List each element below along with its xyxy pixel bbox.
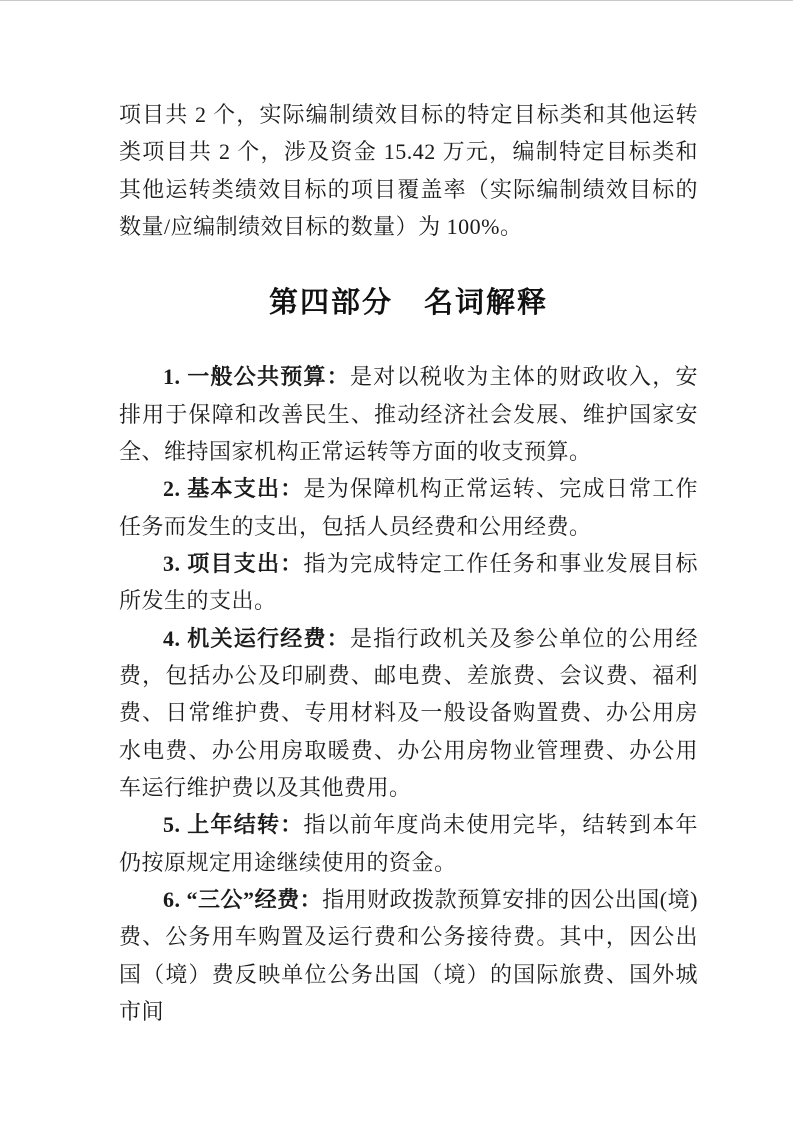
term-label-5: 5. 上年结转：	[163, 812, 304, 837]
term-item-6: 6. “三公”经费：指用财政拨款预算安排的因公出国(境)费、公务用车购置及运行费…	[119, 881, 698, 1030]
term-label-1: 1. 一般公共预算：	[163, 364, 350, 389]
term-label-4: 4. 机关运行经费：	[163, 626, 350, 651]
term-item-4: 4. 机关运行经费：是指行政机关及参公单位的公用经费，包括办公及印刷费、邮电费、…	[119, 620, 698, 807]
term-label-2: 2. 基本支出：	[163, 476, 304, 501]
term-item-2: 2. 基本支出：是为保障机构正常运转、完成日常工作任务而发生的支出，包括人员经费…	[119, 470, 698, 545]
document-page: 项目共 2 个，实际编制绩效目标的特定目标类和其他运转类项目共 2 个，涉及资金…	[0, 0, 793, 1122]
text-column: 项目共 2 个，实际编制绩效目标的特定目标类和其他运转类项目共 2 个，涉及资金…	[119, 96, 698, 1030]
term-item-3: 3. 项目支出：指为完成特定工作任务和事业发展目标所发生的支出。	[119, 545, 698, 620]
term-item-5: 5. 上年结转：指以前年度尚未使用完毕，结转到本年仍按原规定用途继续使用的资金。	[119, 806, 698, 881]
intro-paragraph: 项目共 2 个，实际编制绩效目标的特定目标类和其他运转类项目共 2 个，涉及资金…	[119, 96, 698, 245]
term-item-1: 1. 一般公共预算：是对以税收为主体的财政收入，安排用于保障和改善民生、推动经济…	[119, 358, 698, 470]
term-label-3: 3. 项目支出：	[163, 551, 304, 576]
section-heading: 第四部分 名词解释	[119, 281, 698, 325]
term-body-4: 是指行政机关及参公单位的公用经费，包括办公及印刷费、邮电费、差旅费、会议费、福利…	[119, 626, 698, 800]
term-label-6: 6. “三公”经费：	[163, 887, 322, 912]
